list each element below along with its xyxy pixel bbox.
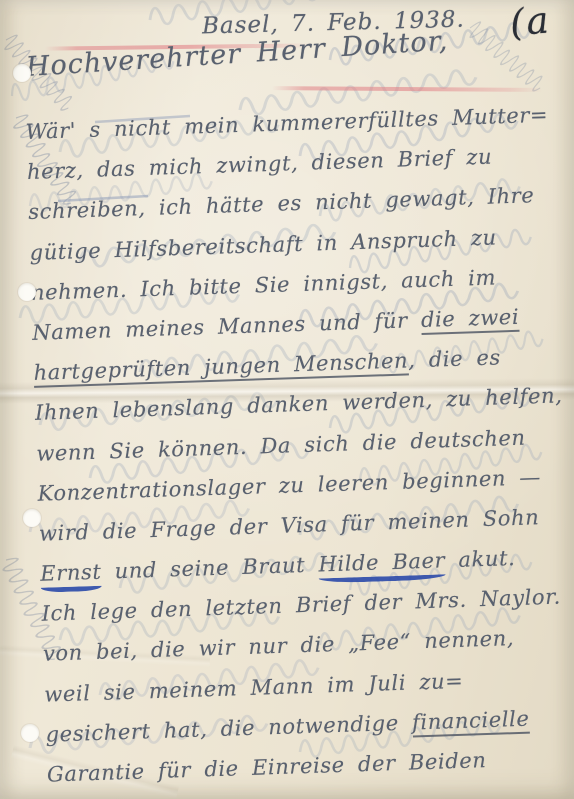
- letter-text: von bei, die wir nur die „Fee“ nennen,: [43, 627, 515, 667]
- letter-text: , die es: [408, 345, 501, 372]
- punch-hole: [18, 283, 36, 301]
- letter-page: Basel, 7. Feb. 1938. (a Hochverehrter He…: [0, 0, 574, 799]
- blue-underlined-text: Hilde Baer: [318, 548, 446, 583]
- archival-corner-mark: (a: [508, 0, 552, 45]
- letter-text: Garantie für die Einreise der Beiden: [47, 748, 487, 787]
- letter-text: weil sie meinem Mann im Juli zu=: [44, 668, 464, 706]
- letter-text: Namen meines Mannes und für: [32, 308, 421, 345]
- punch-hole: [13, 64, 31, 82]
- pencil-underlined-text: die zwei: [421, 305, 520, 335]
- punch-hole: [21, 724, 39, 742]
- letter-text: gesichert hat, die notwendige: [45, 710, 412, 746]
- punch-hole: [23, 509, 41, 527]
- letter-text: gütige Hilfsbereitschaft in Anspruch zu: [29, 225, 497, 264]
- letter-text: akut.: [445, 546, 516, 572]
- letter-text: und seine Braut: [101, 553, 319, 584]
- blue-underlined-text: Ernst: [40, 560, 102, 593]
- pencil-underlined-text: financielle: [412, 706, 530, 737]
- letter-text: nehmen. Ich bitte Sie innigst, auch im: [31, 265, 497, 304]
- letter-body: Wär' s nicht mein kummererfülltes Mutter…: [25, 94, 574, 795]
